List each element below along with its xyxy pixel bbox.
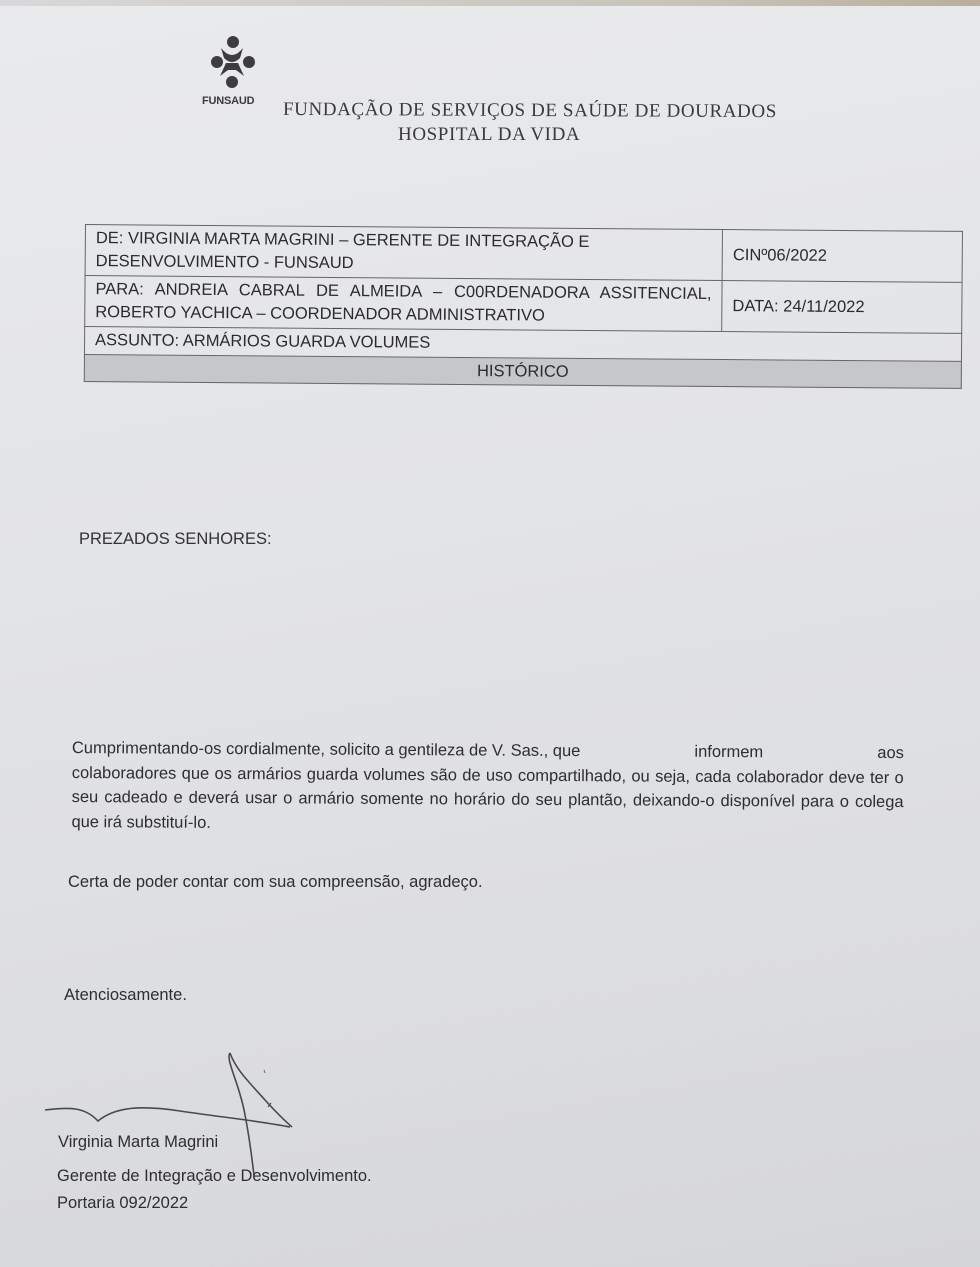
unit-title: HOSPITAL DA VIDA [398, 124, 580, 146]
from-cell: DE: VIRGINIA MARTA MAGRINI – GERENTE DE … [85, 225, 722, 281]
logo-wordmark: FUNSAUD [202, 95, 254, 107]
sign-off: Atenciosamente. [64, 986, 187, 1005]
to-line-2: ROBERTO YACHICA – COORDENADOR ADMINISTRA… [95, 301, 711, 329]
signer-ordinance: Portaria 092/2022 [57, 1194, 188, 1213]
handwritten-signature-icon [40, 1045, 310, 1185]
closing-thanks: Certa de poder contar com sua compreensã… [68, 873, 483, 892]
from-line-2: DESENVOLVIMENTO - FUNSAUD [96, 250, 712, 278]
signer-name: Virginia Marta Magrini [58, 1133, 218, 1152]
memo-header-table: DE: VIRGINIA MARTA MAGRINI – GERENTE DE … [84, 224, 963, 389]
organization-title: FUNDAÇÃO DE SERVIÇOS DE SAÚDE DE DOURADO… [283, 99, 777, 123]
from-row: DE: VIRGINIA MARTA MAGRINI – GERENTE DE … [85, 225, 962, 283]
history-label: HISTÓRICO [84, 354, 961, 388]
to-row: PARA: ANDREIA CABRAL DE ALMEIDA – C00RDE… [85, 276, 962, 334]
paragraph-first-line-middle: informem [694, 740, 763, 765]
paragraph-first-line-end: aos [877, 741, 904, 766]
paragraph-first-line-start: Cumprimentando-os cordialmente, solicito… [72, 736, 581, 764]
body-paragraph: Cumprimentando-os cordialmente, solicito… [71, 736, 904, 839]
paper-top-edge [0, 0, 980, 6]
greeting: PREZADOS SENHORES: [79, 530, 272, 549]
to-cell: PARA: ANDREIA CABRAL DE ALMEIDA – C00RDE… [85, 276, 722, 332]
paragraph-rest: colaboradores que os armários guarda vol… [71, 760, 903, 839]
signer-role: Gerente de Integração e Desenvolvimento. [57, 1167, 372, 1186]
cin-number: CINº06/2022 [722, 230, 962, 283]
memo-date: DATA: 24/11/2022 [722, 281, 962, 334]
history-row: HISTÓRICO [84, 354, 961, 388]
